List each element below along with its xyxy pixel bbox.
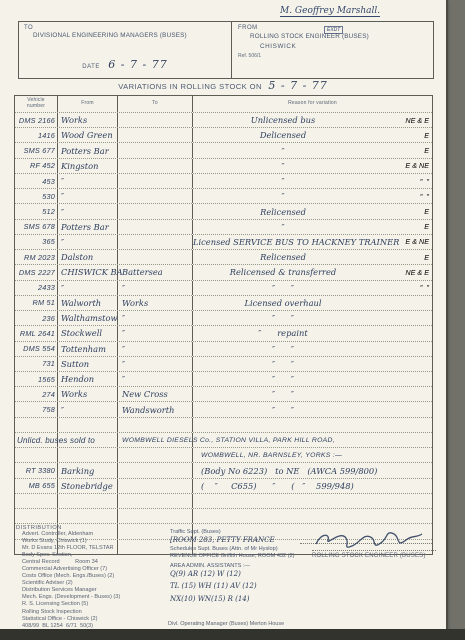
distribution-line: Works Study, Chiswick (1) bbox=[16, 538, 166, 545]
variation-code: E & NE bbox=[373, 237, 432, 246]
paper-edge-shadow bbox=[446, 0, 448, 631]
from-cell: Dalston bbox=[58, 250, 118, 264]
reason-cell bbox=[193, 418, 432, 432]
table-body: DMS 2166WorksUnlicensed busNE & E1416Woo… bbox=[15, 113, 432, 554]
reason-cell: Licensed overhaul bbox=[193, 296, 432, 310]
to-cell bbox=[118, 448, 193, 462]
to-cell bbox=[118, 463, 193, 477]
reason-cell bbox=[193, 509, 432, 523]
from-cell: Hendon bbox=[58, 372, 118, 386]
reason-text: Unlicensed bus bbox=[193, 115, 373, 125]
to-cell bbox=[118, 174, 193, 188]
table-row: Unlicd. buses sold toWOMBWELL DIESELS Co… bbox=[15, 433, 432, 448]
to-cell bbox=[118, 418, 193, 432]
reason-text: Licensed SERVICE BUS TO HACKNEY TRAINER bbox=[193, 237, 373, 247]
variation-code: ″ ″ bbox=[373, 177, 432, 186]
from-cell: ″ bbox=[58, 189, 118, 203]
variation-code: NE & E bbox=[373, 268, 432, 277]
reason-cell: Licensed SERVICE BUS TO HACKNEY TRAINERE… bbox=[193, 235, 432, 249]
distribution-line: Advert. Controller, Aldenham bbox=[16, 531, 166, 538]
reason-text: ″ ″ bbox=[193, 283, 373, 293]
reason-text: Relicensed bbox=[193, 252, 373, 262]
reason-text: Licensed overhaul bbox=[193, 298, 373, 308]
from-label: FROM bbox=[238, 25, 258, 31]
header-box: TO DIVISIONAL ENGINEERING MANAGERS (BUSE… bbox=[18, 21, 434, 79]
form-title: VARIATIONS IN ROLLING STOCK ON 5 - 7 - 7… bbox=[0, 79, 446, 92]
vehicle-cell: 365 bbox=[15, 235, 58, 249]
to-cell bbox=[118, 250, 193, 264]
reason-text: ″ ″ bbox=[193, 359, 373, 369]
date-value: 6 - 7 - 77 bbox=[108, 58, 167, 71]
reason-cell: ″E & NE bbox=[193, 159, 432, 173]
to-cell bbox=[118, 479, 193, 493]
table-row: 512″RelicensedE bbox=[15, 204, 432, 219]
reason-cell: ″″ ″ bbox=[193, 189, 432, 203]
vehicle-cell bbox=[15, 418, 58, 432]
table-row: 731Sutton″″ ″ bbox=[15, 357, 432, 372]
from-cell bbox=[58, 418, 118, 432]
reason-text: ″ ″ bbox=[193, 344, 373, 354]
signature-title: ROLLING STOCK ENGINEER (BUSES) bbox=[312, 553, 436, 559]
reason-text: WOMBWELL, NR. BARNSLEY, YORKS :— bbox=[193, 452, 373, 459]
reason-cell: RelicensedE bbox=[193, 204, 432, 218]
variation-code: E bbox=[373, 207, 432, 216]
from-cell bbox=[58, 509, 118, 523]
table-row bbox=[15, 494, 432, 509]
table-row: SMS 677Potters Bar″E bbox=[15, 143, 432, 158]
vehicle-cell: SMS 677 bbox=[15, 143, 58, 157]
reason-cell bbox=[193, 494, 432, 508]
from-cell: ″ bbox=[58, 402, 118, 416]
vehicle-cell: MB 655 bbox=[15, 479, 58, 493]
routing-name: M. Geoffrey Marshall. bbox=[280, 6, 380, 17]
reason-cell: DelicensedE bbox=[193, 128, 432, 142]
traffic-line: TL (15) WH (11) AV (12) bbox=[170, 582, 326, 592]
vehicle-cell: DMS 2166 bbox=[15, 113, 58, 127]
to-cell: ″ bbox=[118, 372, 193, 386]
traffic-line: Traffic Supt. (Buses) bbox=[170, 529, 326, 536]
table-row: 1565Hendon″″ ″ bbox=[15, 372, 432, 387]
reason-text: Relicensed bbox=[193, 207, 373, 217]
from-cell: ″ bbox=[58, 281, 118, 295]
from-cell: Works bbox=[58, 387, 118, 401]
vehicle-cell: RM 2023 bbox=[15, 250, 58, 264]
vehicle-cell bbox=[15, 494, 58, 508]
distribution-block: DISTRIBUTION Advert. Controller, Aldenha… bbox=[16, 525, 166, 630]
reason-cell: ″ ″ bbox=[193, 402, 432, 416]
to-cell: ″ bbox=[118, 342, 193, 356]
table-row bbox=[15, 418, 432, 433]
distribution-line: Mr. D Evans 12th FLOOR, TELSTAR bbox=[16, 545, 166, 552]
from-cell bbox=[58, 433, 118, 447]
vehicle-cell: 512 bbox=[15, 204, 58, 218]
from-cell: Wood Green bbox=[58, 128, 118, 142]
distribution-line: Mech. Engs. (Development - Buses) (3) bbox=[16, 594, 166, 601]
operating-manager-line: Divl. Operating Manager (Buses) Merton H… bbox=[168, 621, 284, 627]
from-value: ROLLING STOCK ENGINEER (BUSES) bbox=[250, 33, 369, 40]
reason-text: Delicensed bbox=[193, 130, 373, 140]
from-cell: ″ bbox=[58, 174, 118, 188]
table-row: RML 2641Stockwell″″ repaint bbox=[15, 326, 432, 341]
reason-cell: Unlicensed busNE & E bbox=[193, 113, 432, 127]
signature-line bbox=[312, 550, 436, 551]
reason-text: (Body No 6223) to NE (AWCA 599/800) bbox=[193, 466, 373, 476]
to-cell bbox=[118, 509, 193, 523]
to-cell: ″ bbox=[118, 357, 193, 371]
to-value: DIVISIONAL ENGINEERING MANAGERS (BUSES) bbox=[33, 32, 187, 39]
from-cell: Tottenham bbox=[58, 342, 118, 356]
to-cell: ″ bbox=[118, 281, 193, 295]
traffic-line: REVENUE OFFICE Griffith House, ROOM 432 … bbox=[170, 553, 326, 560]
vehicle-cell: 453 bbox=[15, 174, 58, 188]
form-title-date: 5 - 7 - 77 bbox=[268, 79, 327, 92]
reason-cell: ″ ″ bbox=[193, 387, 432, 401]
distribution-lines: Advert. Controller, AldenhamWorks Study,… bbox=[16, 531, 166, 630]
vehicle-cell: 731 bbox=[15, 357, 58, 371]
ref-number: Ref. 506/1 bbox=[238, 53, 261, 59]
vehicle-cell bbox=[15, 448, 58, 462]
date-label: DATE bbox=[82, 64, 100, 70]
to-cell: Battersea bbox=[118, 265, 193, 279]
header-from-section: FROM ROLLING STOCK ENGINEER (BUSES) CHIS… bbox=[232, 22, 433, 78]
reason-cell: ″E bbox=[193, 220, 432, 234]
to-cell bbox=[118, 143, 193, 157]
reason-text: ″ bbox=[193, 191, 373, 201]
vehicle-cell: 2433 bbox=[15, 281, 58, 295]
vehicle-cell bbox=[15, 509, 58, 523]
col-header-from: From bbox=[58, 96, 118, 112]
vehicle-cell: RML 2641 bbox=[15, 326, 58, 340]
header-to-section: TO DIVISIONAL ENGINEERING MANAGERS (BUSE… bbox=[19, 22, 232, 78]
from-cell: CHISWICK BA bbox=[58, 265, 118, 279]
to-cell bbox=[118, 235, 193, 249]
reason-text: Relicensed & transferred bbox=[193, 267, 373, 277]
reason-cell: RelicensedE bbox=[193, 250, 432, 264]
from-cell: Stonebridge bbox=[58, 479, 118, 493]
variation-code: E bbox=[373, 222, 432, 231]
table-row: 453″″″ ″ bbox=[15, 174, 432, 189]
variation-code: E bbox=[373, 146, 432, 155]
from-cell bbox=[58, 448, 118, 462]
vehicle-cell: 1416 bbox=[15, 128, 58, 142]
variations-table: Vehicle number From To Reason for variat… bbox=[14, 95, 433, 555]
traffic-lines: Traffic Supt. (Buses)[ROOM 283, PETTY FR… bbox=[170, 529, 326, 604]
reason-text: ″ ″ bbox=[193, 374, 373, 384]
distribution-line: Body Spec. Section, bbox=[16, 552, 166, 559]
reason-cell: ″ ″ bbox=[193, 342, 432, 356]
vehicle-cell: 758 bbox=[15, 402, 58, 416]
vehicle-cell: 274 bbox=[15, 387, 58, 401]
table-row: DMS 554Tottenham″″ ″ bbox=[15, 342, 432, 357]
vehicle-cell: SMS 678 bbox=[15, 220, 58, 234]
reason-text: ″ repaint bbox=[193, 328, 373, 338]
vehicle-cell: DMS 2227 bbox=[15, 265, 58, 279]
table-row: RM 2023DalstonRelicensedE bbox=[15, 250, 432, 265]
from-cell: Barking bbox=[58, 463, 118, 477]
from-cell: Potters Bar bbox=[58, 143, 118, 157]
reason-cell: ″ ″ bbox=[193, 311, 432, 325]
vehicle-cell: RF 452 bbox=[15, 159, 58, 173]
table-row: 236Walthamstow″″ ″ bbox=[15, 311, 432, 326]
from-cell: Walthamstow bbox=[58, 311, 118, 325]
to-cell bbox=[118, 113, 193, 127]
to-cell: Wandsworth bbox=[118, 402, 193, 416]
from-cell: Potters Bar bbox=[58, 220, 118, 234]
vehicle-cell: RM 51 bbox=[15, 296, 58, 310]
variation-code: ″ ″ bbox=[373, 192, 432, 201]
traffic-line: NX(10) WN(15) R (14) bbox=[170, 595, 326, 605]
table-row: MB 655Stonebridge( ″ C655) ″ ( ″ 599/948… bbox=[15, 479, 432, 494]
reason-cell: ( ″ C655) ″ ( ″ 599/948) bbox=[193, 479, 432, 493]
reason-cell: ″ repaint bbox=[193, 326, 432, 340]
vehicle-cell: 530 bbox=[15, 189, 58, 203]
distribution-line: R. S. Licensing Section (5) bbox=[16, 601, 166, 608]
traffic-line: AREA ADMIN. ASSISTANTS :— bbox=[170, 563, 326, 570]
from-cell: Kingston bbox=[58, 159, 118, 173]
traffic-line: Schedules Supt. Buses (Attn. of Mr Hyslo… bbox=[170, 546, 326, 553]
reason-cell: ″″ ″ bbox=[193, 174, 432, 188]
distribution-line: Central Record Room 34 bbox=[16, 559, 166, 566]
scanned-form-page: M. Geoffrey Marshall. EXDT TO DIVISIONAL… bbox=[0, 0, 446, 631]
reason-text: ″ bbox=[193, 176, 373, 186]
table-row: 274WorksNew Cross″ ″ bbox=[15, 387, 432, 402]
table-row: 1416Wood GreenDelicensedE bbox=[15, 128, 432, 143]
to-cell: ″ bbox=[118, 326, 193, 340]
variation-code: NE & E bbox=[373, 116, 432, 125]
to-cell bbox=[118, 189, 193, 203]
reason-cell: ″ ″ bbox=[193, 372, 432, 386]
vehicle-cell: 236 bbox=[15, 311, 58, 325]
from-cell: Stockwell bbox=[58, 326, 118, 340]
to-cell: ″ bbox=[118, 311, 193, 325]
reason-cell: ″ ″″ ″ bbox=[193, 281, 432, 295]
form-title-text: VARIATIONS IN ROLLING STOCK ON bbox=[118, 82, 262, 91]
table-row: SMS 678Potters Bar″E bbox=[15, 220, 432, 235]
col-header-reason: Reason for variation bbox=[193, 96, 432, 112]
to-cell bbox=[118, 204, 193, 218]
to-cell bbox=[118, 494, 193, 508]
reason-text: ″ bbox=[193, 222, 373, 232]
vehicle-cell: Unlicd. buses sold to bbox=[15, 433, 58, 447]
variation-code: E bbox=[373, 253, 432, 262]
table-row: RM 51WalworthWorksLicensed overhaul bbox=[15, 296, 432, 311]
variation-code: E & NE bbox=[373, 161, 432, 170]
reason-text: ( ″ C655) ″ ( ″ 599/948) bbox=[193, 481, 373, 491]
variation-code: ″ ″ bbox=[373, 283, 432, 292]
from-cell: Works bbox=[58, 113, 118, 127]
to-cell bbox=[118, 159, 193, 173]
table-row bbox=[15, 509, 432, 524]
table-row: DMS 2227CHISWICK BABatterseaRelicensed &… bbox=[15, 265, 432, 280]
col-header-to: To bbox=[118, 96, 193, 112]
vehicle-cell: RT 3380 bbox=[15, 463, 58, 477]
distribution-line: Scientific Adviser (2) bbox=[16, 580, 166, 587]
to-cell: New Cross bbox=[118, 387, 193, 401]
reason-text: ″ ″ bbox=[193, 313, 373, 323]
to-cell: WOMBWELL DIESELS Co., STATION VILLA, PAR… bbox=[118, 433, 193, 447]
to-cell: Works bbox=[118, 296, 193, 310]
to-cell bbox=[118, 220, 193, 234]
distribution-line: Statistical Office - Chiswick (2) bbox=[16, 616, 166, 623]
variation-code: E bbox=[373, 131, 432, 140]
from-cell: ″ bbox=[58, 235, 118, 249]
from-cell: Sutton bbox=[58, 357, 118, 371]
reason-cell: ″ ″ bbox=[193, 357, 432, 371]
reason-cell: WOMBWELL, NR. BARNSLEY, YORKS :— bbox=[193, 448, 432, 462]
reason-cell: ″E bbox=[193, 143, 432, 157]
reason-text: ″ bbox=[193, 146, 373, 156]
signature-block: ROLLING STOCK ENGINEER (BUSES) bbox=[312, 524, 436, 559]
distribution-line: Distribution Services Manager bbox=[16, 587, 166, 594]
table-row: 2433″″″ ″″ ″ bbox=[15, 281, 432, 296]
col-header-vehicle-number: Vehicle number bbox=[15, 96, 58, 112]
table-row: 758″Wandsworth″ ″ bbox=[15, 402, 432, 417]
reason-text: ″ ″ bbox=[193, 389, 373, 399]
traffic-block: Traffic Supt. (Buses)[ROOM 283, PETTY FR… bbox=[170, 529, 326, 604]
reason-cell bbox=[193, 433, 432, 447]
traffic-line: [ROOM 283, PETTY FRANCE bbox=[170, 536, 326, 546]
to-cell bbox=[118, 128, 193, 142]
distribution-line: Rolling Stock Inspection bbox=[16, 609, 166, 616]
table-row: WOMBWELL, NR. BARNSLEY, YORKS :— bbox=[15, 448, 432, 463]
vehicle-cell: 1565 bbox=[15, 372, 58, 386]
to-label: TO bbox=[24, 25, 33, 31]
reason-cell: Relicensed & transferredNE & E bbox=[193, 265, 432, 279]
from-cell: Walworth bbox=[58, 296, 118, 310]
from-cell: ″ bbox=[58, 204, 118, 218]
from-location: CHISWICK bbox=[260, 43, 296, 50]
table-header-row: Vehicle number From To Reason for variat… bbox=[15, 96, 432, 113]
table-row: 530″″″ ″ bbox=[15, 189, 432, 204]
scan-bottom-edge bbox=[0, 629, 465, 640]
distribution-line: Commercial Advertising Officer (7) bbox=[16, 566, 166, 573]
reason-text: ″ bbox=[193, 161, 373, 171]
table-row: DMS 2166WorksUnlicensed busNE & E bbox=[15, 113, 432, 128]
vehicle-cell: DMS 554 bbox=[15, 342, 58, 356]
traffic-line: Q(9) AR (12) W (12) bbox=[170, 570, 326, 580]
from-cell bbox=[58, 494, 118, 508]
distribution-line: Costs Office (Mech. Engs./Buses) (2) bbox=[16, 573, 166, 580]
table-row: RF 452Kingston″E & NE bbox=[15, 159, 432, 174]
date-row: DATE 6 - 7 - 77 bbox=[19, 55, 231, 73]
reason-text: ″ ″ bbox=[193, 405, 373, 415]
table-row: RT 3380Barking(Body No 6223) to NE (AWCA… bbox=[15, 463, 432, 478]
reason-cell: (Body No 6223) to NE (AWCA 599/800) bbox=[193, 463, 432, 477]
table-row: 365″Licensed SERVICE BUS TO HACKNEY TRAI… bbox=[15, 235, 432, 250]
